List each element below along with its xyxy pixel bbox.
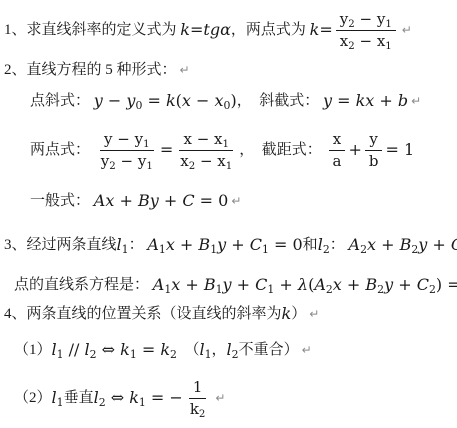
math-run: l1 // l2 ⇔ k1 = k2 [52, 340, 177, 360]
text-run: 2、直线方程的 5 种形式： [4, 61, 177, 80]
formula-line-five-forms-heading: 2、直线方程的 5 种形式：↵ [4, 60, 457, 80]
fraction-numerator: x [329, 130, 345, 151]
text-run: （2） [14, 389, 52, 408]
text-run: 两点式： [30, 141, 94, 160]
text-run: 3、经过两条直线 [4, 236, 117, 255]
text-run: （1） [14, 341, 52, 360]
formula-line-two-lines-intersect: 3、经过两条直线l1： A1x + B1y + C1 = 0和l2： A2x +… [4, 232, 457, 258]
math-run: l1 [199, 340, 211, 360]
text-run: 和 [303, 236, 318, 255]
paragraph-return-icon: ↵ [402, 23, 412, 38]
math-run: Ax + By + C = 0 [94, 191, 229, 211]
paragraph-return-icon: ↵ [309, 307, 319, 322]
fraction-denominator: x2 − x1 [176, 151, 236, 171]
math-run: A1x + B1y + C1 = 0 [147, 235, 302, 255]
fraction-numerator: 1 [189, 378, 207, 399]
math-run: l1 [52, 388, 64, 408]
formula-line-general-form: 一般式： Ax + By + C = 0↵ [4, 190, 457, 212]
fraction-denominator: k2 [186, 399, 210, 419]
fraction-numerator: y [365, 130, 381, 151]
text-run: 垂直 [64, 389, 94, 408]
formula-line-parallel-condition: （1）l1 // l2 ⇔ k1 = k2 （l1，l2不重合）↵ [4, 337, 457, 363]
fraction: 1k2 [186, 378, 210, 419]
formula-line-two-point-intercept: 两点式： y − y1y2 − y1=x − x1x2 − x1， 截距式： x… [4, 126, 457, 174]
text-run: 1、求直线斜率的定义式为 [4, 21, 180, 40]
text-run [414, 141, 457, 160]
formula-line-pencil-equation: 点的直线系方程是： A1x + B1y + C1 + λ(A2x + B2y +… [4, 272, 457, 298]
formula-line-point-slope: 点斜式： y − y0 = k(x − x0)， 斜截式： y = kx + b… [4, 88, 457, 114]
math-run: A2x + B2y + C2 = 0 [349, 235, 457, 255]
paragraph-return-icon: ↵ [215, 391, 225, 406]
fraction: x − x1x2 − x1 [176, 130, 236, 171]
text-run: 4、两条直线的位置关系（设直线的斜率为 [4, 305, 282, 324]
math-run: k= [310, 20, 333, 40]
fraction-numerator: y2 − y1 [336, 10, 396, 31]
text-run: 点斜式： [30, 92, 94, 111]
fraction: xa [329, 130, 346, 171]
math-run: + [348, 140, 361, 160]
fraction: y2 − y1x2 − x1 [336, 10, 396, 51]
fraction-denominator: a [329, 151, 346, 171]
fraction-denominator: x2 − x1 [336, 31, 396, 51]
formula-line-perpendicular: （2）l1垂直l2 ⇔ k1 = −1k2↵ [4, 376, 457, 420]
math-run: l2 [94, 388, 106, 408]
math-run: = [160, 140, 173, 160]
text-run: 不重合） [239, 341, 299, 360]
text-run: ， [212, 341, 227, 360]
text-run: ： [129, 236, 148, 255]
fraction-numerator: x − x1 [179, 130, 233, 151]
fraction-denominator: y2 − y1 [97, 151, 157, 171]
math-run: l2 [227, 340, 239, 360]
paragraph-return-icon: ↵ [302, 343, 312, 358]
math-run: A1x + B1y + C1 + λ(A2x + B2y + C2) = 0 [153, 275, 457, 295]
fraction-numerator: y − y1 [100, 130, 154, 151]
math-run: ⇔ k1 = − [106, 388, 183, 408]
text-run: ： [330, 236, 349, 255]
math-run: y = kx + b [323, 91, 408, 111]
text-run: ， 斜截式： [237, 92, 323, 111]
math-run: l1 [117, 235, 129, 255]
text-run: ， 截距式： [239, 141, 325, 160]
math-run: y − y0 = k(x − x0) [94, 91, 237, 111]
fraction: yb [365, 130, 383, 171]
paragraph-return-icon: ↵ [180, 63, 190, 78]
paragraph-return-icon: ↵ [411, 94, 421, 109]
text-run: ） [291, 305, 306, 324]
text-run: ，两点式为 [231, 21, 310, 40]
math-run: k=tgα [180, 20, 231, 40]
fraction: y − y1y2 − y1 [97, 130, 157, 171]
text-run: 一般式： [30, 192, 94, 211]
text-run: 点的直线系方程是： [14, 276, 153, 295]
formula-line-position-relation: 4、两条直线的位置关系（设直线的斜率为k）↵ [4, 303, 457, 325]
math-run: k [282, 304, 292, 324]
fraction-denominator: b [365, 151, 383, 171]
text-run: （ [177, 341, 200, 360]
paragraph-return-icon: ↵ [231, 194, 241, 209]
math-run: l2 [318, 235, 330, 255]
formula-line-slope-definition: 1、求直线斜率的定义式为 k=tgα，两点式为 k=y2 − y1x2 − x1… [4, 8, 457, 52]
math-run: = 1 [385, 140, 414, 160]
document-page: 1、求直线斜率的定义式为 k=tgα，两点式为 k=y2 − y1x2 − x1… [0, 0, 457, 428]
